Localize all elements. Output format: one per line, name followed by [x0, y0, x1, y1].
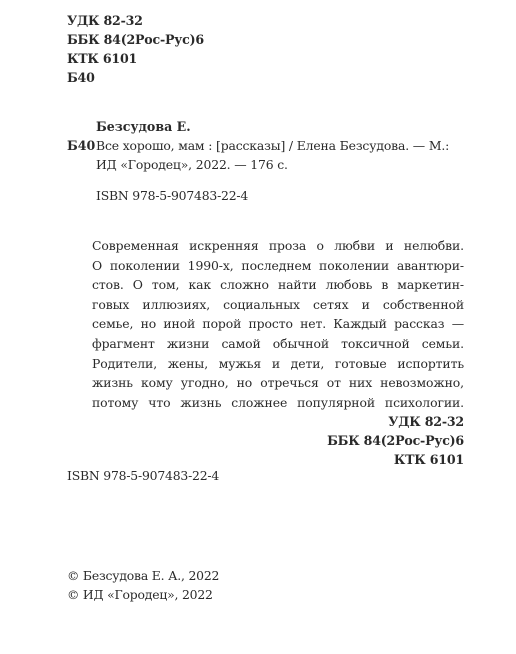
copyright-author: © Безсудова Е. А., 2022 — [67, 566, 219, 585]
copyright-block: © Безсудова Е. А., 2022 © ИД «Городец», … — [67, 566, 219, 604]
imprint-page: УДК 82-32 ББК 84(2Рос-Рус)6 КТК 6101 Б40… — [0, 0, 516, 654]
right-classification-codes: УДК 82-32 ББК 84(2Рос-Рус)6 КТК 6101 — [327, 412, 464, 469]
udk-code: УДК 82-32 — [67, 11, 204, 30]
bbk-code-right: ББК 84(2Рос-Рус)6 — [327, 431, 464, 450]
ktk-code-right: КТК 6101 — [327, 450, 464, 469]
catalog-card-author-mark: Б40 — [67, 136, 95, 155]
annotation-line: Родители, жены, мужья и дети, готовые ис… — [92, 354, 464, 374]
annotation-line: потому что жизнь сложнее популярной псих… — [92, 393, 464, 413]
annotation-line: семье, но иной порой просто нет. Каждый … — [92, 314, 464, 334]
author-mark: Б40 — [67, 68, 204, 87]
catalog-card-isbn: ISBN 978-5-907483-22-4 — [96, 186, 248, 205]
annotation-line: Современная искренняя проза о любви и не… — [92, 236, 464, 256]
bbk-code: ББК 84(2Рос-Рус)6 — [67, 30, 204, 49]
annotation-line: стов. О том, как сложно найти любовь в м… — [92, 275, 464, 295]
annotation-line: говых иллюзиях, социальных сетях и собст… — [92, 295, 464, 315]
annotation-line: жизнь кому угодно, но отречься от них не… — [92, 373, 464, 393]
catalog-card-title-line: Все хорошо, мам : [рассказы] / Елена Без… — [96, 136, 449, 155]
ktk-code: КТК 6101 — [67, 49, 204, 68]
isbn: ISBN 978-5-907483-22-4 — [67, 466, 219, 485]
udk-code-right: УДК 82-32 — [327, 412, 464, 431]
catalog-card-author: Безсудова Е. — [96, 117, 191, 136]
annotation-line: фрагмент жизни самой обычной токсичной с… — [92, 334, 464, 354]
catalog-card-publisher-line: ИД «Городец», 2022. — 176 с. — [96, 155, 449, 174]
catalog-card-description: Все хорошо, мам : [рассказы] / Елена Без… — [96, 136, 449, 174]
annotation-paragraph: Современная искренняя проза о любви и не… — [92, 236, 464, 412]
copyright-publisher: © ИД «Городец», 2022 — [67, 585, 219, 604]
classification-codes: УДК 82-32 ББК 84(2Рос-Рус)6 КТК 6101 Б40 — [67, 11, 204, 87]
annotation-line: О поколении 1990-х, последнем поколении … — [92, 256, 464, 276]
